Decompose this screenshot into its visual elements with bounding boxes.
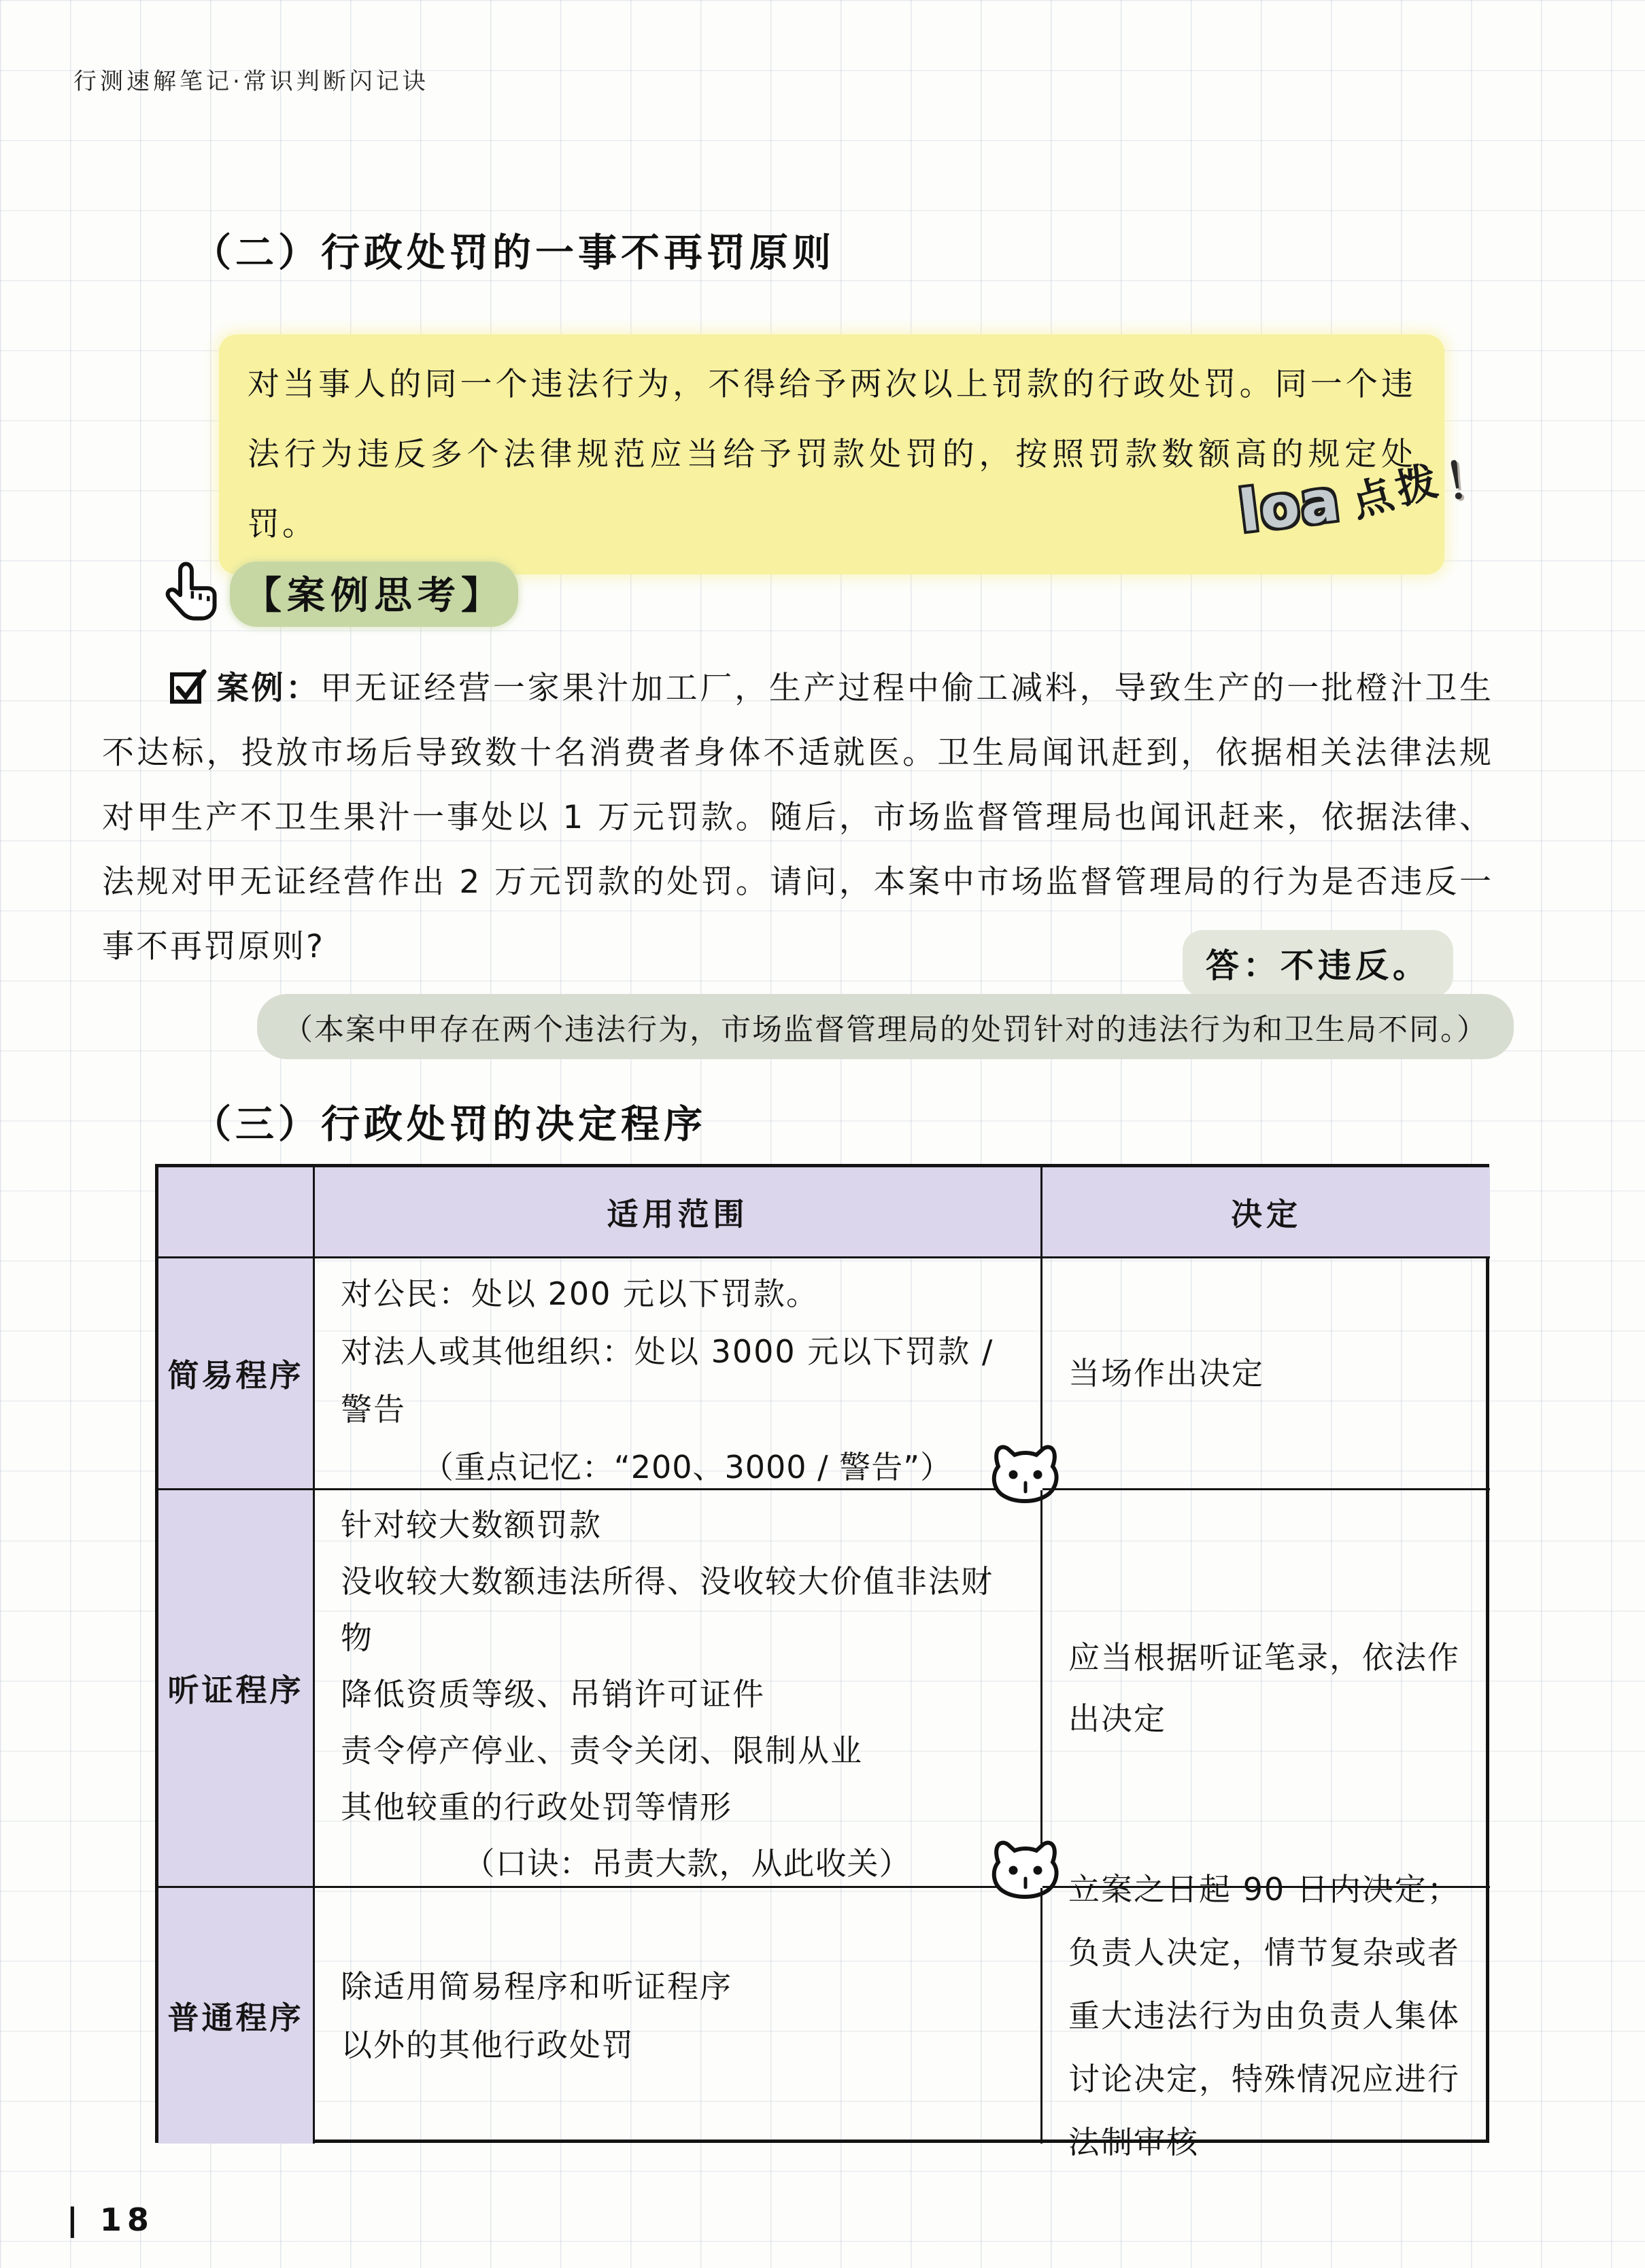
scope-line: 责令停产停业、责令关闭、限制从业 [341, 1723, 1034, 1779]
pointing-hand-icon [162, 559, 220, 630]
procedure-name-ordinary: 普通程序 [158, 1888, 315, 2144]
scope-line: 针对较大数额罚款 [341, 1497, 1034, 1553]
scope-line: 没收较大数额违法所得、没收较大价值非法财 [341, 1553, 1034, 1610]
decision-cell-ordinary: 立案之日起 90 日内决定；负责人决定，情节复杂或者重大违法行为由负责人集体讨论… [1042, 1888, 1490, 2144]
memory-tip: （重点记忆：“200、3000 / 警告”） [341, 1439, 1034, 1496]
scope-cell-ordinary: 除适用简易程序和听证程序 以外的其他行政处罚 [315, 1888, 1042, 2144]
section-3-heading: （三）行政处罚的决定程序 [192, 1093, 707, 1149]
table-header-empty [158, 1167, 315, 1258]
scope-line: 警告 [341, 1381, 1034, 1439]
scope-line: 对法人或其他组织：处以 3000 元以下罚款 / [341, 1323, 1034, 1381]
case-label: 案例： [216, 670, 320, 707]
loa-logo: loa [1236, 466, 1344, 545]
procedure-name-simple: 简易程序 [158, 1258, 315, 1490]
scope-cell-simple: 对公民：处以 200 元以下罚款。 对法人或其他组织：处以 3000 元以下罚款… [315, 1258, 1042, 1490]
exclamation-mark: ！ [1439, 437, 1497, 514]
scope-line: 物 [341, 1610, 1034, 1666]
procedure-name-hearing: 听证程序 [158, 1490, 315, 1888]
case-think-heading: 【案例思考】 [230, 562, 518, 627]
dianbo-label: 点拨 [1344, 447, 1448, 529]
memory-tip: （口诀：吊责大款，从此收关） [341, 1836, 1034, 1892]
dianbo-stamp: loa点拨！ [1239, 441, 1531, 539]
scope-line: 对公民：处以 200 元以下罚款。 [341, 1265, 1034, 1323]
scope-line: 其他较重的行政处罚等情形 [341, 1779, 1034, 1836]
case-think-block: 【案例思考】 [162, 559, 518, 630]
scope-line: 除适用简易程序和听证程序 [341, 1957, 1040, 2016]
section-2-heading: （二）行政处罚的一事不再罚原则 [192, 222, 835, 277]
table-header-scope: 适用范围 [315, 1167, 1042, 1258]
memory-tip-text: （重点记忆：“200、3000 / 警告”） [422, 1439, 952, 1496]
decision-cell-simple: 当场作出决定 [1042, 1258, 1490, 1490]
memory-tip-text: （口诀：吊责大款，从此收关） [464, 1836, 911, 1892]
case-text: 甲无证经营一家果汁加工厂，生产过程中偷工减料，导致生产的一批橙汁卫生不达标，投放… [102, 670, 1493, 965]
scope-line: 降低资质等级、吊销许可证件 [341, 1666, 1034, 1723]
case-note: （本案中甲存在两个违法行为，市场监督管理局的处罚针对的违法行为和卫生局不同。） [257, 994, 1514, 1059]
answer-pill: 答：不违反。 [1183, 930, 1453, 997]
page-number: | 18 [67, 2201, 154, 2238]
checkbox-checked-icon [169, 666, 207, 704]
scope-line: 以外的其他行政处罚 [341, 2016, 1040, 2074]
decision-cell-hearing: 应当根据听证笔录，依法作出决定 [1042, 1490, 1490, 1888]
table-header-decision: 决定 [1042, 1167, 1490, 1258]
decision-table: 适用范围 决定 简易程序 对公民：处以 200 元以下罚款。 对法人或其他组织：… [155, 1164, 1489, 2143]
scope-cell-hearing: 针对较大数额罚款 没收较大数额违法所得、没收较大价值非法财 物 降低资质等级、吊… [315, 1490, 1042, 1888]
page-header: 行测速解笔记·常识判断闪记诀 [73, 63, 429, 96]
